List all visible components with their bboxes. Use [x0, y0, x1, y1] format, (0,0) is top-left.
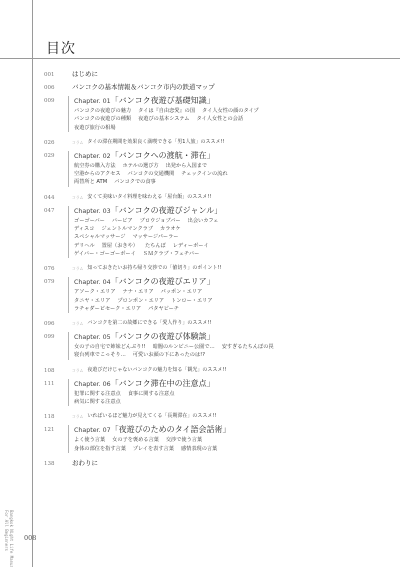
section-item[interactable]: ゲイバー・ゴーゴーボーイ: [74, 251, 136, 257]
toc-entry-column[interactable]: 108コラム夜遊びだけじゃないバンコクの魅力を知る「観光」のススメ!!: [44, 366, 394, 375]
toc-title: おわりに: [72, 459, 98, 468]
title-rule: [0, 58, 400, 59]
chapter-block: Chapter. 05「バンコクの夜遊び体験談」女の子の自宅で姉妹どんぶり!!暗…: [68, 332, 281, 360]
toc-page-number: 026: [44, 138, 60, 146]
section-item[interactable]: ディスコ: [74, 226, 94, 232]
section-item[interactable]: ジェントルマンクラブ: [101, 226, 153, 232]
section-item[interactable]: タイ人女性との会話: [196, 116, 243, 122]
section-item[interactable]: 感情表現の言葉: [181, 446, 217, 452]
page-title: 目次: [46, 38, 76, 58]
toc-page-number: 029: [44, 151, 60, 159]
chapter-sections: バンコクの夜遊びの魅力タイは『自由恋愛』の国タイ人女性の顔のタイプバンコクの夜遊…: [74, 107, 266, 132]
section-item[interactable]: 暗闇のルンピニー公園で…: [153, 344, 215, 350]
section-item[interactable]: チェックインの流れ: [181, 171, 227, 177]
chapter-sections: よく使う言葉女の子を褒める言葉交渉で使う言葉身体の部位を指す言葉プレイを表す言葉…: [74, 436, 230, 453]
section-item[interactable]: マッサージパーラー: [132, 234, 178, 240]
toc-entry-simple[interactable]: 138おわりに: [44, 459, 394, 468]
toc-page-number: 076: [44, 264, 60, 272]
toc-page-number: 111: [44, 379, 60, 387]
section-item[interactable]: 食事に関する注意点: [128, 391, 175, 397]
chapter-label: Chapter. 06: [74, 381, 111, 388]
section-line: 空港からのアクセスバンコクの交通機関チェックインの流れ: [74, 170, 235, 178]
toc-entry-column[interactable]: 076コラム知っておきたいお持ち帰り交渉での「値切り」のポイント!!: [44, 264, 394, 273]
section-item[interactable]: 空港からのアクセス: [74, 171, 121, 177]
chapter-heading: Chapter. 03「バンコクの夜遊びジャンル」: [74, 206, 226, 217]
toc-title: はじめに: [72, 70, 98, 79]
section-item[interactable]: アソーク・エリア: [74, 289, 116, 295]
section-item[interactable]: レディーボーイ: [173, 243, 209, 249]
section-item[interactable]: ブロウジョブバー: [140, 218, 181, 224]
chapter-heading: Chapter. 04「バンコクの夜遊びエリア」: [74, 277, 220, 288]
section-item[interactable]: 寝台列車でこっそり…: [74, 352, 126, 358]
chapter-block: Chapter. 03「バンコクの夜遊びジャンル」ゴーゴーバーバービアブロウジョ…: [68, 206, 226, 258]
section-item[interactable]: 身体の部位を指す言葉: [74, 446, 126, 452]
section-line: デリヘル置屋（おきや）たちんぼレディーボーイ: [74, 242, 226, 250]
page-number: 008: [24, 534, 36, 542]
toc-page-number: 121: [44, 425, 60, 433]
toc-page-number: 009: [44, 96, 60, 104]
chapter-block: Chapter. 01「バンコク夜遊び基礎知識」バンコクの夜遊びの魅力タイは『自…: [68, 96, 266, 132]
toc-entry-chapter[interactable]: 029Chapter. 02「バンコクへの渡航・滞在」航空券の購入方法ホテルの選…: [44, 151, 394, 187]
column-tag: コラム: [72, 319, 83, 328]
section-item[interactable]: 女の子の自宅で姉妹どんぶり!!: [74, 344, 146, 350]
chapter-label: Chapter. 03: [74, 208, 111, 215]
section-line: 女の子の自宅で姉妹どんぶり!!暗闇のルンピニー公園で…安すぎるたちんぼの罠: [74, 343, 281, 351]
section-item[interactable]: トンロー・エリア: [171, 298, 213, 304]
side-title-line: Bangkok Night Life Manual: [9, 510, 14, 567]
section-item[interactable]: パタヤビーチ: [148, 306, 179, 312]
chapter-title: 「バンコク夜遊び基礎知識」: [111, 96, 215, 105]
column-tag: コラム: [72, 412, 83, 421]
section-item[interactable]: プレイを表す言葉: [133, 446, 174, 452]
section-item[interactable]: 夜遊び旅行の相場: [74, 125, 116, 131]
chapter-title: 「バンコクの夜遊び体験談」: [111, 332, 215, 341]
section-line: ラチャダーピセーク・エリアパタヤビーチ: [74, 305, 220, 313]
column-tag: コラム: [72, 366, 83, 375]
section-line: 夜遊び旅行の相場: [74, 124, 266, 132]
section-item[interactable]: 出発から入国まで: [166, 163, 208, 169]
section-item[interactable]: たちんぼ: [145, 243, 166, 249]
toc-entry-chapter[interactable]: 111Chapter. 06「バンコク滞在中の注意点」犯罪に関する注意点食事に関…: [44, 379, 394, 407]
section-item[interactable]: 安すぎるたちんぼの罠: [222, 344, 274, 350]
toc-entry-chapter[interactable]: 047Chapter. 03「バンコクの夜遊びジャンル」ゴーゴーバーバービアブロ…: [44, 206, 394, 258]
column-entry: コラムタイの滞在期間を効果良く満喫できる「男1人旅」のススメ!!: [72, 138, 224, 147]
toc-entry-column[interactable]: 026コラムタイの滞在期間を効果良く満喫できる「男1人旅」のススメ!!: [44, 138, 394, 147]
side-running-title: Bangkok Night Life Manual For All Beginn…: [4, 510, 14, 567]
chapter-label: Chapter. 04: [74, 279, 111, 286]
chapter-label: Chapter. 01: [74, 98, 111, 105]
left-margin-rule: [32, 0, 33, 567]
section-item[interactable]: 病気に関する注意点: [74, 399, 121, 405]
chapter-block: Chapter. 02「バンコクへの渡航・滞在」航空券の購入方法ホテルの選び方出…: [68, 151, 235, 187]
chapter-label: Chapter. 02: [74, 153, 111, 160]
column-title: いればいるほど魅力が見えてくる「長期滞在」のススメ!!: [87, 412, 216, 421]
chapter-sections: 犯罪に関する注意点食事に関する注意点病気に関する注意点: [74, 390, 215, 407]
section-item[interactable]: 犯罪に関する注意点: [74, 391, 121, 397]
toc-page-number: 099: [44, 332, 60, 340]
toc-page-number: 044: [44, 193, 60, 201]
section-line: 両替所と ATMバンコクでの食事: [74, 178, 235, 186]
column-entry: コラムいればいるほど魅力が見えてくる「長期滞在」のススメ!!: [72, 412, 216, 421]
section-item[interactable]: バンコクの夜遊びの魅力: [74, 108, 131, 114]
section-line: タニヤ・エリアプロンポン・エリアトンロー・エリア: [74, 297, 220, 305]
section-item[interactable]: スペシャルマッサージ: [74, 234, 125, 240]
chapter-block: Chapter. 07「夜遊びのためのタイ語会話術」よく使う言葉女の子を褒める言…: [68, 425, 230, 453]
section-item[interactable]: タイ人女性の顔のタイプ: [202, 108, 259, 114]
chapter-title: 「バンコクの夜遊びジャンル」: [111, 206, 223, 215]
section-item[interactable]: よく使う言葉: [74, 437, 105, 443]
toc-page-number: 001: [44, 70, 60, 78]
section-item[interactable]: 女の子を褒める言葉: [112, 437, 159, 443]
spacer: [44, 468, 394, 472]
chapter-title: 「バンコク滞在中の注意点」: [111, 379, 215, 388]
chapter-block: Chapter. 06「バンコク滞在中の注意点」犯罪に関する注意点食事に関する注…: [68, 379, 215, 407]
section-line: アソーク・エリアナナ・エリアパッポン・エリア: [74, 288, 220, 296]
section-line: スペシャルマッサージマッサージパーラー: [74, 233, 226, 241]
section-line: よく使う言葉女の子を褒める言葉交渉で使う言葉: [74, 436, 230, 444]
section-line: 病気に関する注意点: [74, 398, 215, 406]
column-title: 安くて美味いタイ料理を味わえる「屋台飯」のススメ!!: [87, 193, 211, 202]
chapter-label: Chapter. 05: [74, 334, 111, 341]
section-line: 身体の部位を指す言葉プレイを表す言葉感情表現の言葉: [74, 445, 230, 453]
section-item[interactable]: ホテルの選び方: [123, 163, 159, 169]
chapter-title: 「バンコクへの渡航・滞在」: [111, 151, 215, 160]
column-tag: コラム: [72, 264, 83, 273]
column-entry: コラムバンコクを第二の故郷にできる「愛人作り」のススメ!!: [72, 319, 211, 328]
chapter-heading: Chapter. 05「バンコクの夜遊び体験談」: [74, 332, 281, 343]
section-line: バンコクの夜遊びの種類夜遊びの基本システムタイ人女性との会話: [74, 115, 266, 123]
section-item[interactable]: 航空券の購入方法: [74, 163, 116, 169]
toc-page-number: 006: [44, 83, 60, 91]
toc-entry-column[interactable]: 096コラムバンコクを第二の故郷にできる「愛人作り」のススメ!!: [44, 319, 394, 328]
section-item[interactable]: バンコクでの食事: [114, 179, 156, 185]
column-entry: コラム知っておきたいお持ち帰り交渉での「値切り」のポイント!!: [72, 264, 221, 273]
section-item[interactable]: カラオケ: [160, 226, 181, 232]
section-item[interactable]: ナナ・エリア: [123, 289, 154, 295]
toc-entry-column[interactable]: 118コラムいればいるほど魅力が見えてくる「長期滞在」のススメ!!: [44, 412, 394, 421]
section-line: ゴーゴーバーバービアブロウジョブバー出会いカフェ: [74, 217, 226, 225]
section-item[interactable]: ＳＭクラブ・フェチバー: [143, 251, 200, 257]
toc-page-number: 096: [44, 319, 60, 327]
section-item[interactable]: バンコクの夜遊びの種類: [74, 116, 131, 122]
section-item[interactable]: 可愛いお顔の下にあったのは!?: [133, 352, 205, 358]
toc-entry-simple[interactable]: 006バンコクの基本情報＆バンコク市内の鉄道マップ: [44, 83, 394, 92]
column-title: 知っておきたいお持ち帰り交渉での「値切り」のポイント!!: [87, 264, 221, 273]
section-line: バンコクの夜遊びの魅力タイは『自由恋愛』の国タイ人女性の顔のタイプ: [74, 107, 266, 115]
chapter-heading: Chapter. 01「バンコク夜遊び基礎知識」: [74, 96, 266, 107]
column-entry: コラム安くて美味いタイ料理を味わえる「屋台飯」のススメ!!: [72, 193, 211, 202]
column-tag: コラム: [72, 138, 83, 147]
section-line: 犯罪に関する注意点食事に関する注意点: [74, 390, 215, 398]
toc-entry-chapter[interactable]: 009Chapter. 01「バンコク夜遊び基礎知識」バンコクの夜遊びの魅力タイ…: [44, 96, 394, 132]
section-item[interactable]: 両替所と ATM: [74, 179, 107, 185]
section-item[interactable]: 交渉で使う言葉: [166, 437, 202, 443]
chapter-heading: Chapter. 06「バンコク滞在中の注意点」: [74, 379, 215, 390]
section-item[interactable]: バービア: [112, 218, 133, 224]
column-title: バンコクを第二の故郷にできる「愛人作り」のススメ!!: [87, 319, 211, 328]
section-item[interactable]: タイは『自由恋愛』の国: [138, 108, 195, 114]
table-of-contents: 001はじめに006バンコクの基本情報＆バンコク市内の鉄道マップ009Chapt…: [44, 70, 394, 472]
toc-entry-chapter[interactable]: 121Chapter. 07「夜遊びのためのタイ語会話術」よく使う言葉女の子を褒…: [44, 425, 394, 453]
toc-entry-column[interactable]: 044コラム安くて美味いタイ料理を味わえる「屋台飯」のススメ!!: [44, 193, 394, 202]
toc-title: バンコクの基本情報＆バンコク市内の鉄道マップ: [72, 83, 215, 92]
toc-page-number: 118: [44, 412, 60, 420]
chapter-block: Chapter. 04「バンコクの夜遊びエリア」アソーク・エリアナナ・エリアパッ…: [68, 277, 220, 313]
column-title: タイの滞在期間を効果良く満喫できる「男1人旅」のススメ!!: [87, 138, 224, 147]
toc-entry-chapter[interactable]: 079Chapter. 04「バンコクの夜遊びエリア」アソーク・エリアナナ・エリ…: [44, 277, 394, 313]
section-item[interactable]: プロンポン・エリア: [117, 298, 164, 304]
toc-entry-chapter[interactable]: 099Chapter. 05「バンコクの夜遊び体験談」女の子の自宅で姉妹どんぶり…: [44, 332, 394, 360]
toc-page-number: 138: [44, 459, 60, 467]
chapter-label: Chapter. 07: [74, 427, 111, 434]
toc-page-number: 047: [44, 206, 60, 214]
chapter-sections: アソーク・エリアナナ・エリアパッポン・エリアタニヤ・エリアプロンポン・エリアトン…: [74, 288, 220, 313]
toc-page-number: 079: [44, 277, 60, 285]
section-item[interactable]: ゴーゴーバー: [74, 218, 105, 224]
chapter-title: 「夜遊びのためのタイ語会話術」: [111, 425, 231, 434]
section-item[interactable]: バンコクの交通機関: [128, 171, 175, 177]
section-item[interactable]: 出会いカフェ: [188, 218, 219, 224]
section-item[interactable]: パッポン・エリア: [161, 289, 203, 295]
section-item[interactable]: ラチャダーピセーク・エリア: [74, 306, 141, 312]
chapter-heading: Chapter. 02「バンコクへの渡航・滞在」: [74, 151, 235, 162]
toc-entry-simple[interactable]: 001はじめに: [44, 70, 394, 79]
chapter-sections: 航空券の購入方法ホテルの選び方出発から入国まで空港からのアクセスバンコクの交通機…: [74, 162, 235, 187]
chapter-heading: Chapter. 07「夜遊びのためのタイ語会話術」: [74, 425, 230, 436]
chapter-title: 「バンコクの夜遊びエリア」: [111, 277, 215, 286]
section-line: 寝台列車でこっそり…可愛いお顔の下にあったのは!?: [74, 351, 281, 359]
section-line: 航空券の購入方法ホテルの選び方出発から入国まで: [74, 162, 235, 170]
chapter-sections: ゴーゴーバーバービアブロウジョブバー出会いカフェディスコジェントルマンクラブカラ…: [74, 217, 226, 258]
section-item[interactable]: 夜遊びの基本システム: [138, 116, 189, 122]
column-tag: コラム: [72, 193, 83, 202]
toc-page-number: 108: [44, 366, 60, 374]
section-item[interactable]: 置屋（おきや）: [102, 243, 138, 249]
column-entry: コラム夜遊びだけじゃないバンコクの魅力を知る「観光」のススメ!!: [72, 366, 226, 375]
section-line: ディスコジェントルマンクラブカラオケ: [74, 225, 226, 233]
section-line: ゲイバー・ゴーゴーボーイＳＭクラブ・フェチバー: [74, 250, 226, 258]
section-item[interactable]: タニヤ・エリア: [74, 298, 110, 304]
chapter-sections: 女の子の自宅で姉妹どんぶり!!暗闇のルンピニー公園で…安すぎるたちんぼの罠寝台列…: [74, 343, 281, 360]
section-item[interactable]: デリヘル: [74, 243, 95, 249]
column-title: 夜遊びだけじゃないバンコクの魅力を知る「観光」のススメ!!: [87, 366, 226, 375]
